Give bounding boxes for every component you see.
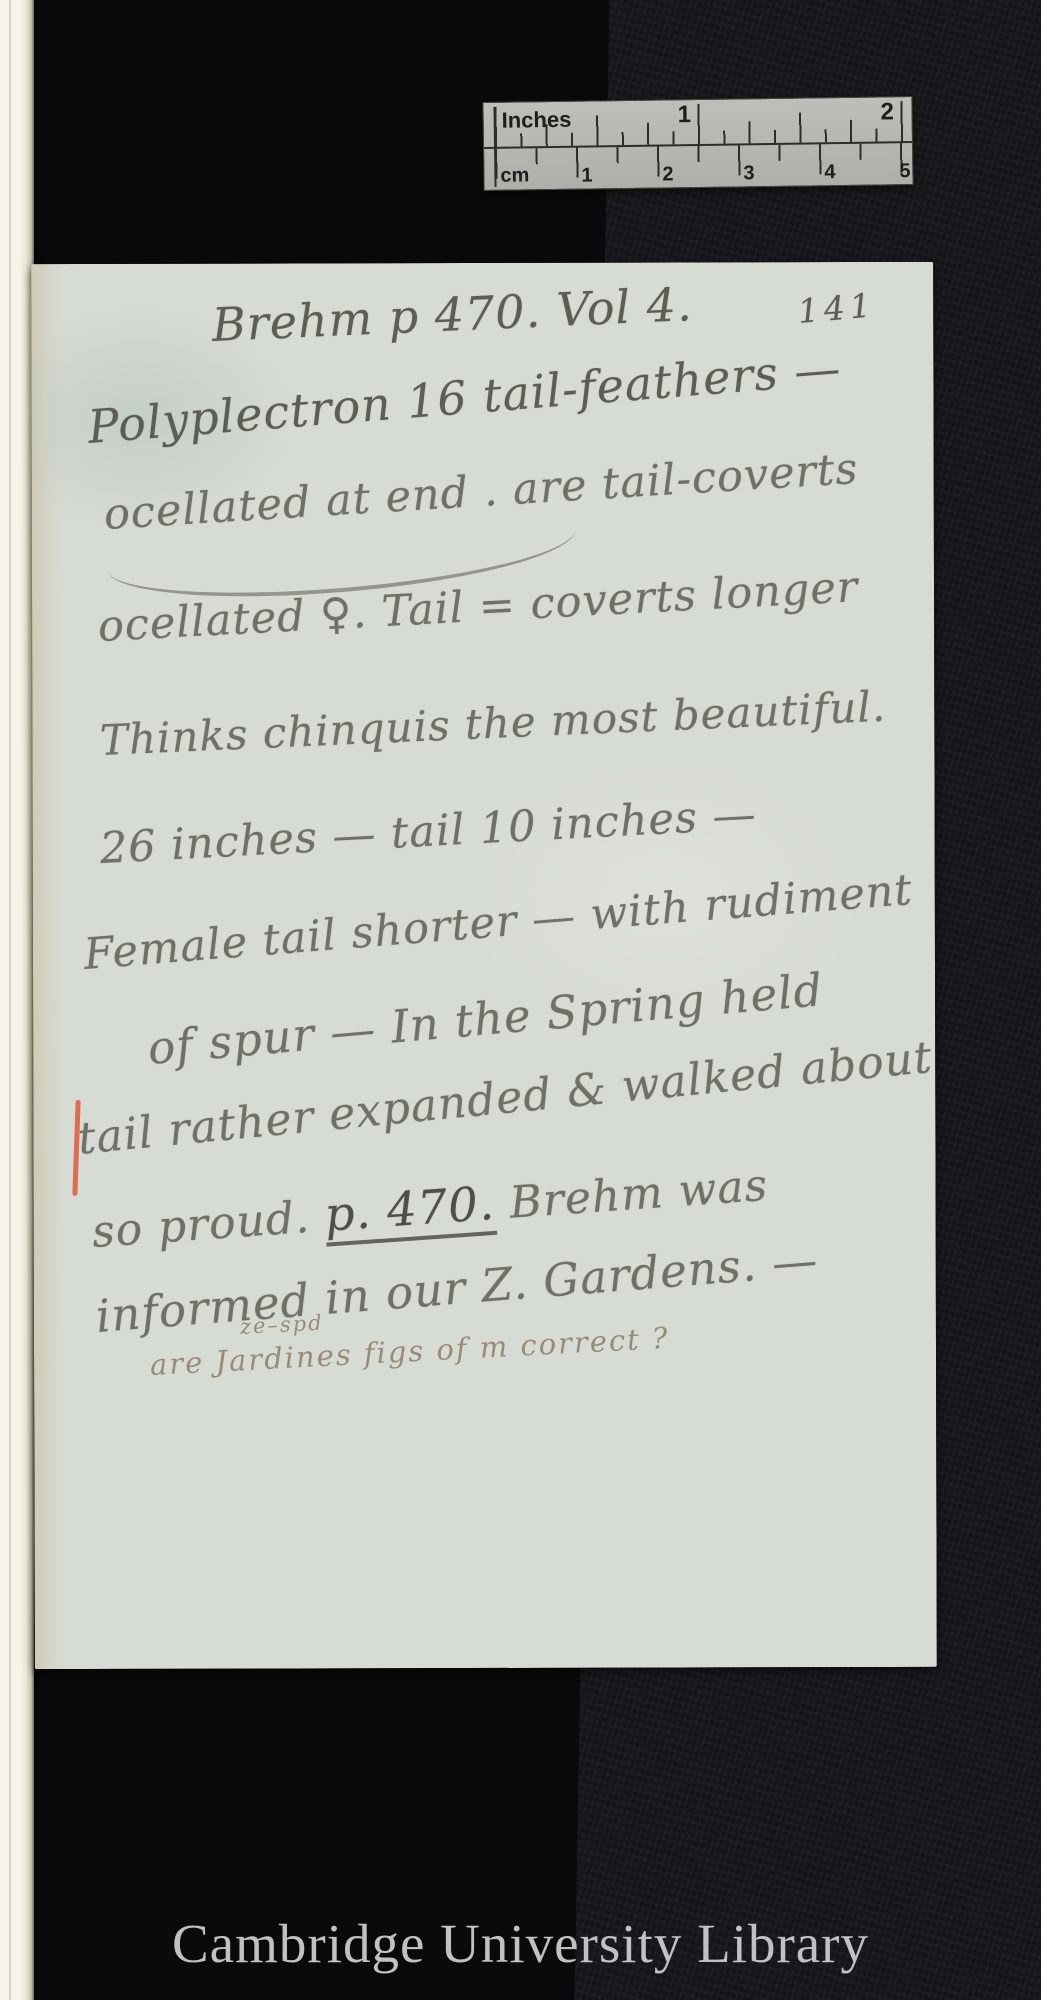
ruler-inch-number-1: 1 (677, 103, 691, 127)
ruler-cm-number-2: 2 (662, 164, 673, 184)
ruler-cm-number-3: 3 (743, 163, 754, 183)
annotation-superscript: ze–spd (239, 1312, 324, 1339)
album-edge-crease (9, 0, 11, 2000)
ruler-cm-number-1: 1 (581, 165, 592, 185)
ruler-cm-number-5: 5 (899, 161, 910, 181)
ruler: Inches 1 2 cm 1 2 3 4 5 (482, 96, 913, 191)
library-watermark: Cambridge University Library (0, 1912, 1041, 1975)
ruler-inch-number-2: 2 (880, 100, 894, 124)
ruler-inches-label: Inches (502, 109, 572, 132)
ruler-cm-label: cm (500, 165, 529, 185)
ruler-cm-number-4: 4 (824, 162, 835, 182)
album-page-edge (0, 0, 34, 2000)
page-ref-underlined: p. 470. (323, 1176, 497, 1247)
page-number: 141 (796, 287, 877, 330)
ruler-cm-ticks (495, 143, 904, 179)
photo-canvas: Inches 1 2 cm 1 2 3 4 5 Brehm p 470. Vol… (0, 0, 1041, 2000)
